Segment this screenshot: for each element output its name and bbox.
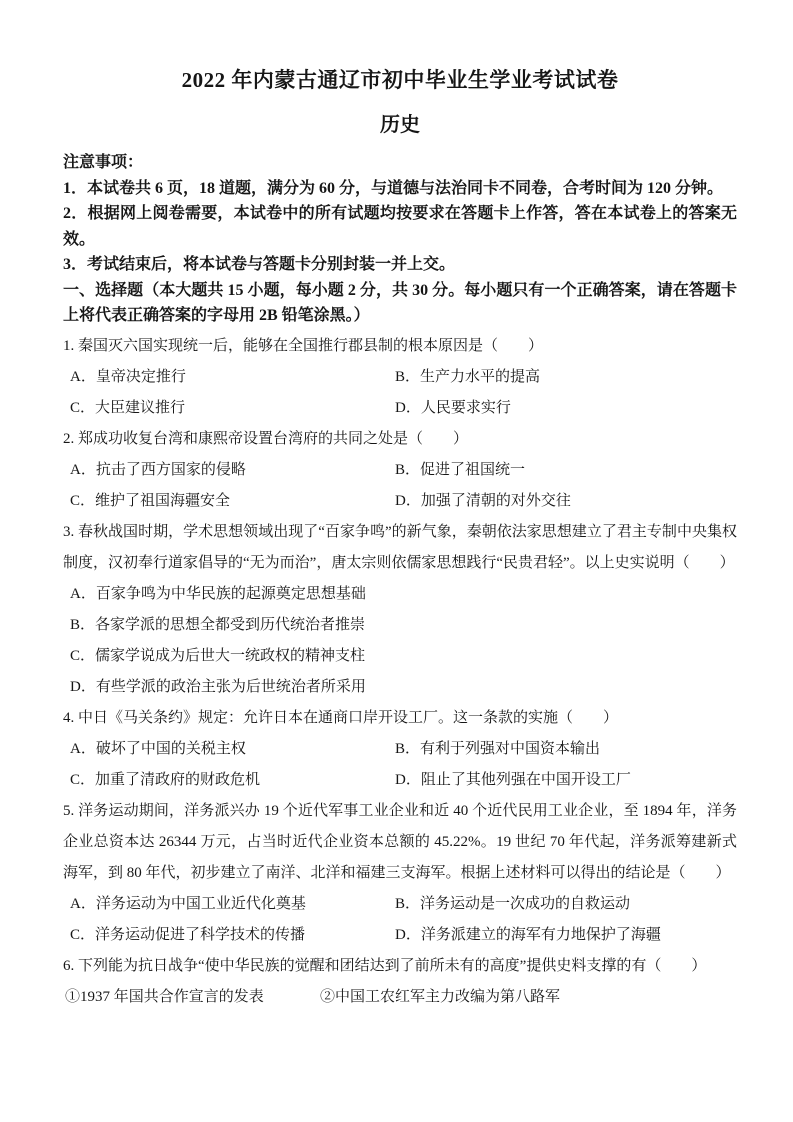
question-4-option-a: A．破坏了中国的关税主权: [70, 734, 395, 765]
question-2-options: A．抗击了西方国家的侵略 B．促进了祖国统一 C．维护了祖国海疆安全 D．加强了…: [63, 455, 737, 517]
question-3: 3. 春秋战国时期，学术思想领域出现了“百家争鸣”的新气象，秦朝依法家思想建立了…: [63, 517, 737, 703]
section-heading: 一、选择题（本大题共 15 小题，每小题 2 分，共 30 分。每小题只有一个正…: [63, 278, 737, 329]
question-2-option-d: D．加强了清朝的对外交往: [395, 486, 737, 517]
notice-item-3: 3．考试结束后，将本试卷与答题卡分别封装一并上交。: [63, 252, 737, 278]
question-1-options: A．皇帝决定推行 B．生产力水平的提高 C．大臣建议推行 D．人民要求实行: [63, 362, 737, 424]
question-4-option-b: B．有利于列强对中国资本输出: [395, 734, 737, 765]
subject-title: 历史: [63, 112, 737, 138]
question-1: 1. 秦国灭六国实现统一后，能够在全国推行郡县制的根本原因是（ ） A．皇帝决定…: [63, 331, 737, 424]
question-6-stem: 6. 下列能为抗日战争“使中华民族的觉醒和团结达到了前所未有的高度”提供史料支撑…: [63, 951, 737, 982]
question-3-option-b: B．各家学派的思想全都受到历代统治者推崇: [70, 610, 737, 641]
question-4: 4. 中日《马关条约》规定：允许日本在通商口岸开设工厂。这一条款的实施（ ） A…: [63, 703, 737, 796]
question-4-option-d: D．阻止了其他列强在中国开设工厂: [395, 765, 737, 796]
notice-item-1: 1．本试卷共 6 页，18 道题，满分为 60 分，与道德与法治同卡不同卷，合考…: [63, 176, 737, 202]
question-3-option-c: C．儒家学说成为后世大一统政权的精神支柱: [70, 641, 737, 672]
question-1-option-b: B．生产力水平的提高: [395, 362, 737, 393]
question-3-options: A．百家争鸣为中华民族的起源奠定思想基础 B．各家学派的思想全都受到历代统治者推…: [63, 579, 737, 703]
question-5-option-a: A．洋务运动为中国工业近代化奠基: [70, 889, 395, 920]
exam-paper-page: 2022 年内蒙古通辽市初中毕业生学业考试试卷 历史 注意事项： 1．本试卷共 …: [0, 0, 793, 1122]
question-1-option-a: A．皇帝决定推行: [70, 362, 395, 393]
question-5-option-c: C．洋务运动促进了科学技术的传播: [70, 920, 395, 951]
notice-section: 注意事项： 1．本试卷共 6 页，18 道题，满分为 60 分，与道德与法治同卡…: [63, 150, 737, 329]
question-6-sub-item-1: ①1937 年国共合作宣言的发表: [65, 982, 320, 1013]
question-2-option-c: C．维护了祖国海疆安全: [70, 486, 395, 517]
question-5-option-b: B．洋务运动是一次成功的自救运动: [395, 889, 737, 920]
question-3-option-d: D．有些学派的政治主张为后世统治者所采用: [70, 672, 737, 703]
question-4-option-c: C．加重了清政府的财政危机: [70, 765, 395, 796]
question-3-option-a: A．百家争鸣为中华民族的起源奠定思想基础: [70, 579, 737, 610]
question-1-option-c: C．大臣建议推行: [70, 393, 395, 424]
notice-heading: 注意事项：: [63, 150, 737, 176]
question-1-option-d: D．人民要求实行: [395, 393, 737, 424]
notice-item-2: 2．根据网上阅卷需要，本试卷中的所有试题均按要求在答题卡上作答，答在本试卷上的答…: [63, 201, 737, 252]
question-2-stem: 2. 郑成功收复台湾和康熙帝设置台湾府的共同之处是（ ）: [63, 424, 737, 455]
question-6: 6. 下列能为抗日战争“使中华民族的觉醒和团结达到了前所未有的高度”提供史料支撑…: [63, 951, 737, 1013]
question-5: 5. 洋务运动期间，洋务派兴办 19 个近代军事工业企业和近 40 个近代民用工…: [63, 796, 737, 951]
question-5-stem: 5. 洋务运动期间，洋务派兴办 19 个近代军事工业企业和近 40 个近代民用工…: [63, 796, 737, 889]
question-5-option-d: D．洋务派建立的海军有力地保护了海疆: [395, 920, 737, 951]
page-title: 2022 年内蒙古通辽市初中毕业生学业考试试卷: [63, 66, 737, 94]
question-4-stem: 4. 中日《马关条约》规定：允许日本在通商口岸开设工厂。这一条款的实施（ ）: [63, 703, 737, 734]
question-2-option-b: B．促进了祖国统一: [395, 455, 737, 486]
question-6-sub-item-2: ②中国工农红军主力改编为第八路军: [320, 982, 737, 1013]
question-2: 2. 郑成功收复台湾和康熙帝设置台湾府的共同之处是（ ） A．抗击了西方国家的侵…: [63, 424, 737, 517]
question-4-options: A．破坏了中国的关税主权 B．有利于列强对中国资本输出 C．加重了清政府的财政危…: [63, 734, 737, 796]
question-2-option-a: A．抗击了西方国家的侵略: [70, 455, 395, 486]
questions-section: 1. 秦国灭六国实现统一后，能够在全国推行郡县制的根本原因是（ ） A．皇帝决定…: [63, 331, 737, 1013]
question-1-stem: 1. 秦国灭六国实现统一后，能够在全国推行郡县制的根本原因是（ ）: [63, 331, 737, 362]
question-6-sub-items: ①1937 年国共合作宣言的发表 ②中国工农红军主力改编为第八路军: [63, 982, 737, 1013]
question-5-options: A．洋务运动为中国工业近代化奠基 B．洋务运动是一次成功的自救运动 C．洋务运动…: [63, 889, 737, 951]
question-3-stem: 3. 春秋战国时期，学术思想领域出现了“百家争鸣”的新气象，秦朝依法家思想建立了…: [63, 517, 737, 579]
